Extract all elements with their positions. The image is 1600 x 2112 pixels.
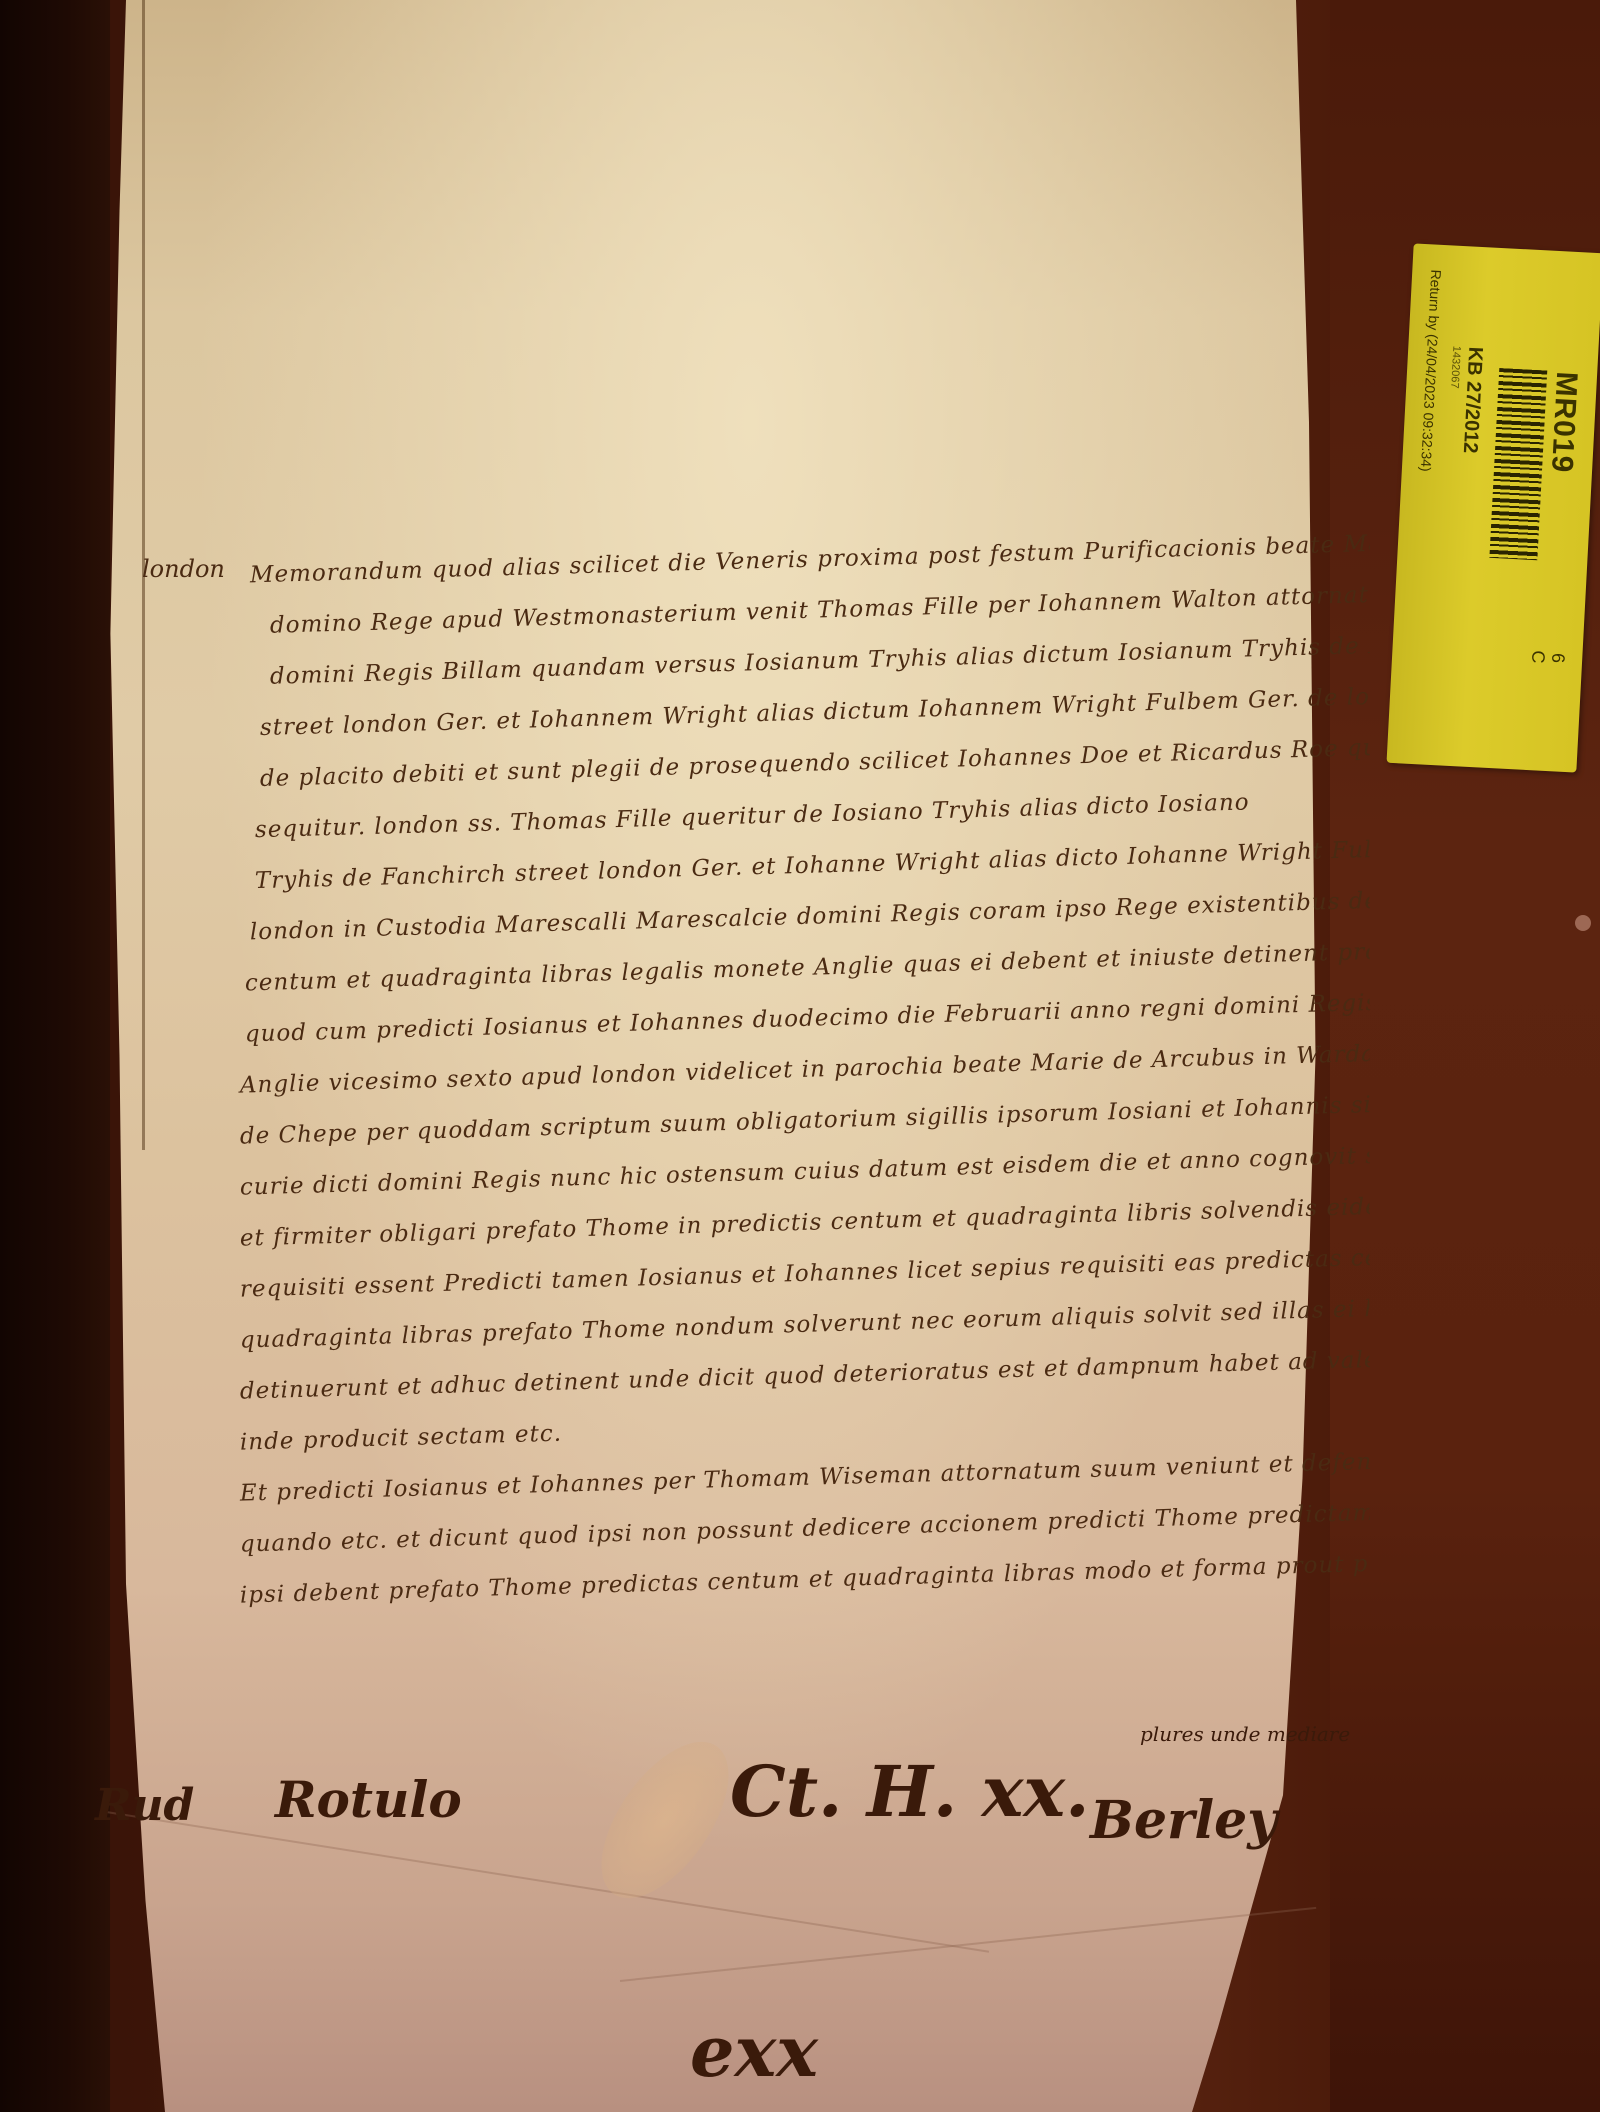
dark-background-left bbox=[0, 0, 110, 2112]
manuscript-text: Memorandum quod alias scilicet die Vener… bbox=[190, 552, 1370, 1623]
label-code: MR019 bbox=[1544, 371, 1583, 474]
label-number: 1432067 bbox=[1448, 345, 1462, 388]
label-return-date: Return by (24/04/2023 09:32:34) bbox=[1418, 269, 1445, 472]
signature-mark: Berley bbox=[1090, 1790, 1277, 1851]
parchment-left-edge bbox=[112, 0, 145, 1150]
signature-mark: exx bbox=[690, 2010, 818, 2093]
signature-mark: Ct. H. xx. bbox=[730, 1750, 1090, 1833]
light-glare bbox=[1575, 915, 1591, 931]
label-reference: KB 27/2012 bbox=[1458, 346, 1487, 454]
trailing-note: plures unde mediare bbox=[1140, 1722, 1350, 1746]
label-side-mark: 6 C bbox=[1528, 650, 1569, 665]
archive-tracking-label: MR019 KB 27/2012 1432067 Return by (24/0… bbox=[1387, 243, 1600, 772]
signature-mark: Rud bbox=[95, 1780, 194, 1831]
signature-mark: Rotulo bbox=[275, 1770, 462, 1829]
barcode-icon bbox=[1489, 368, 1547, 560]
